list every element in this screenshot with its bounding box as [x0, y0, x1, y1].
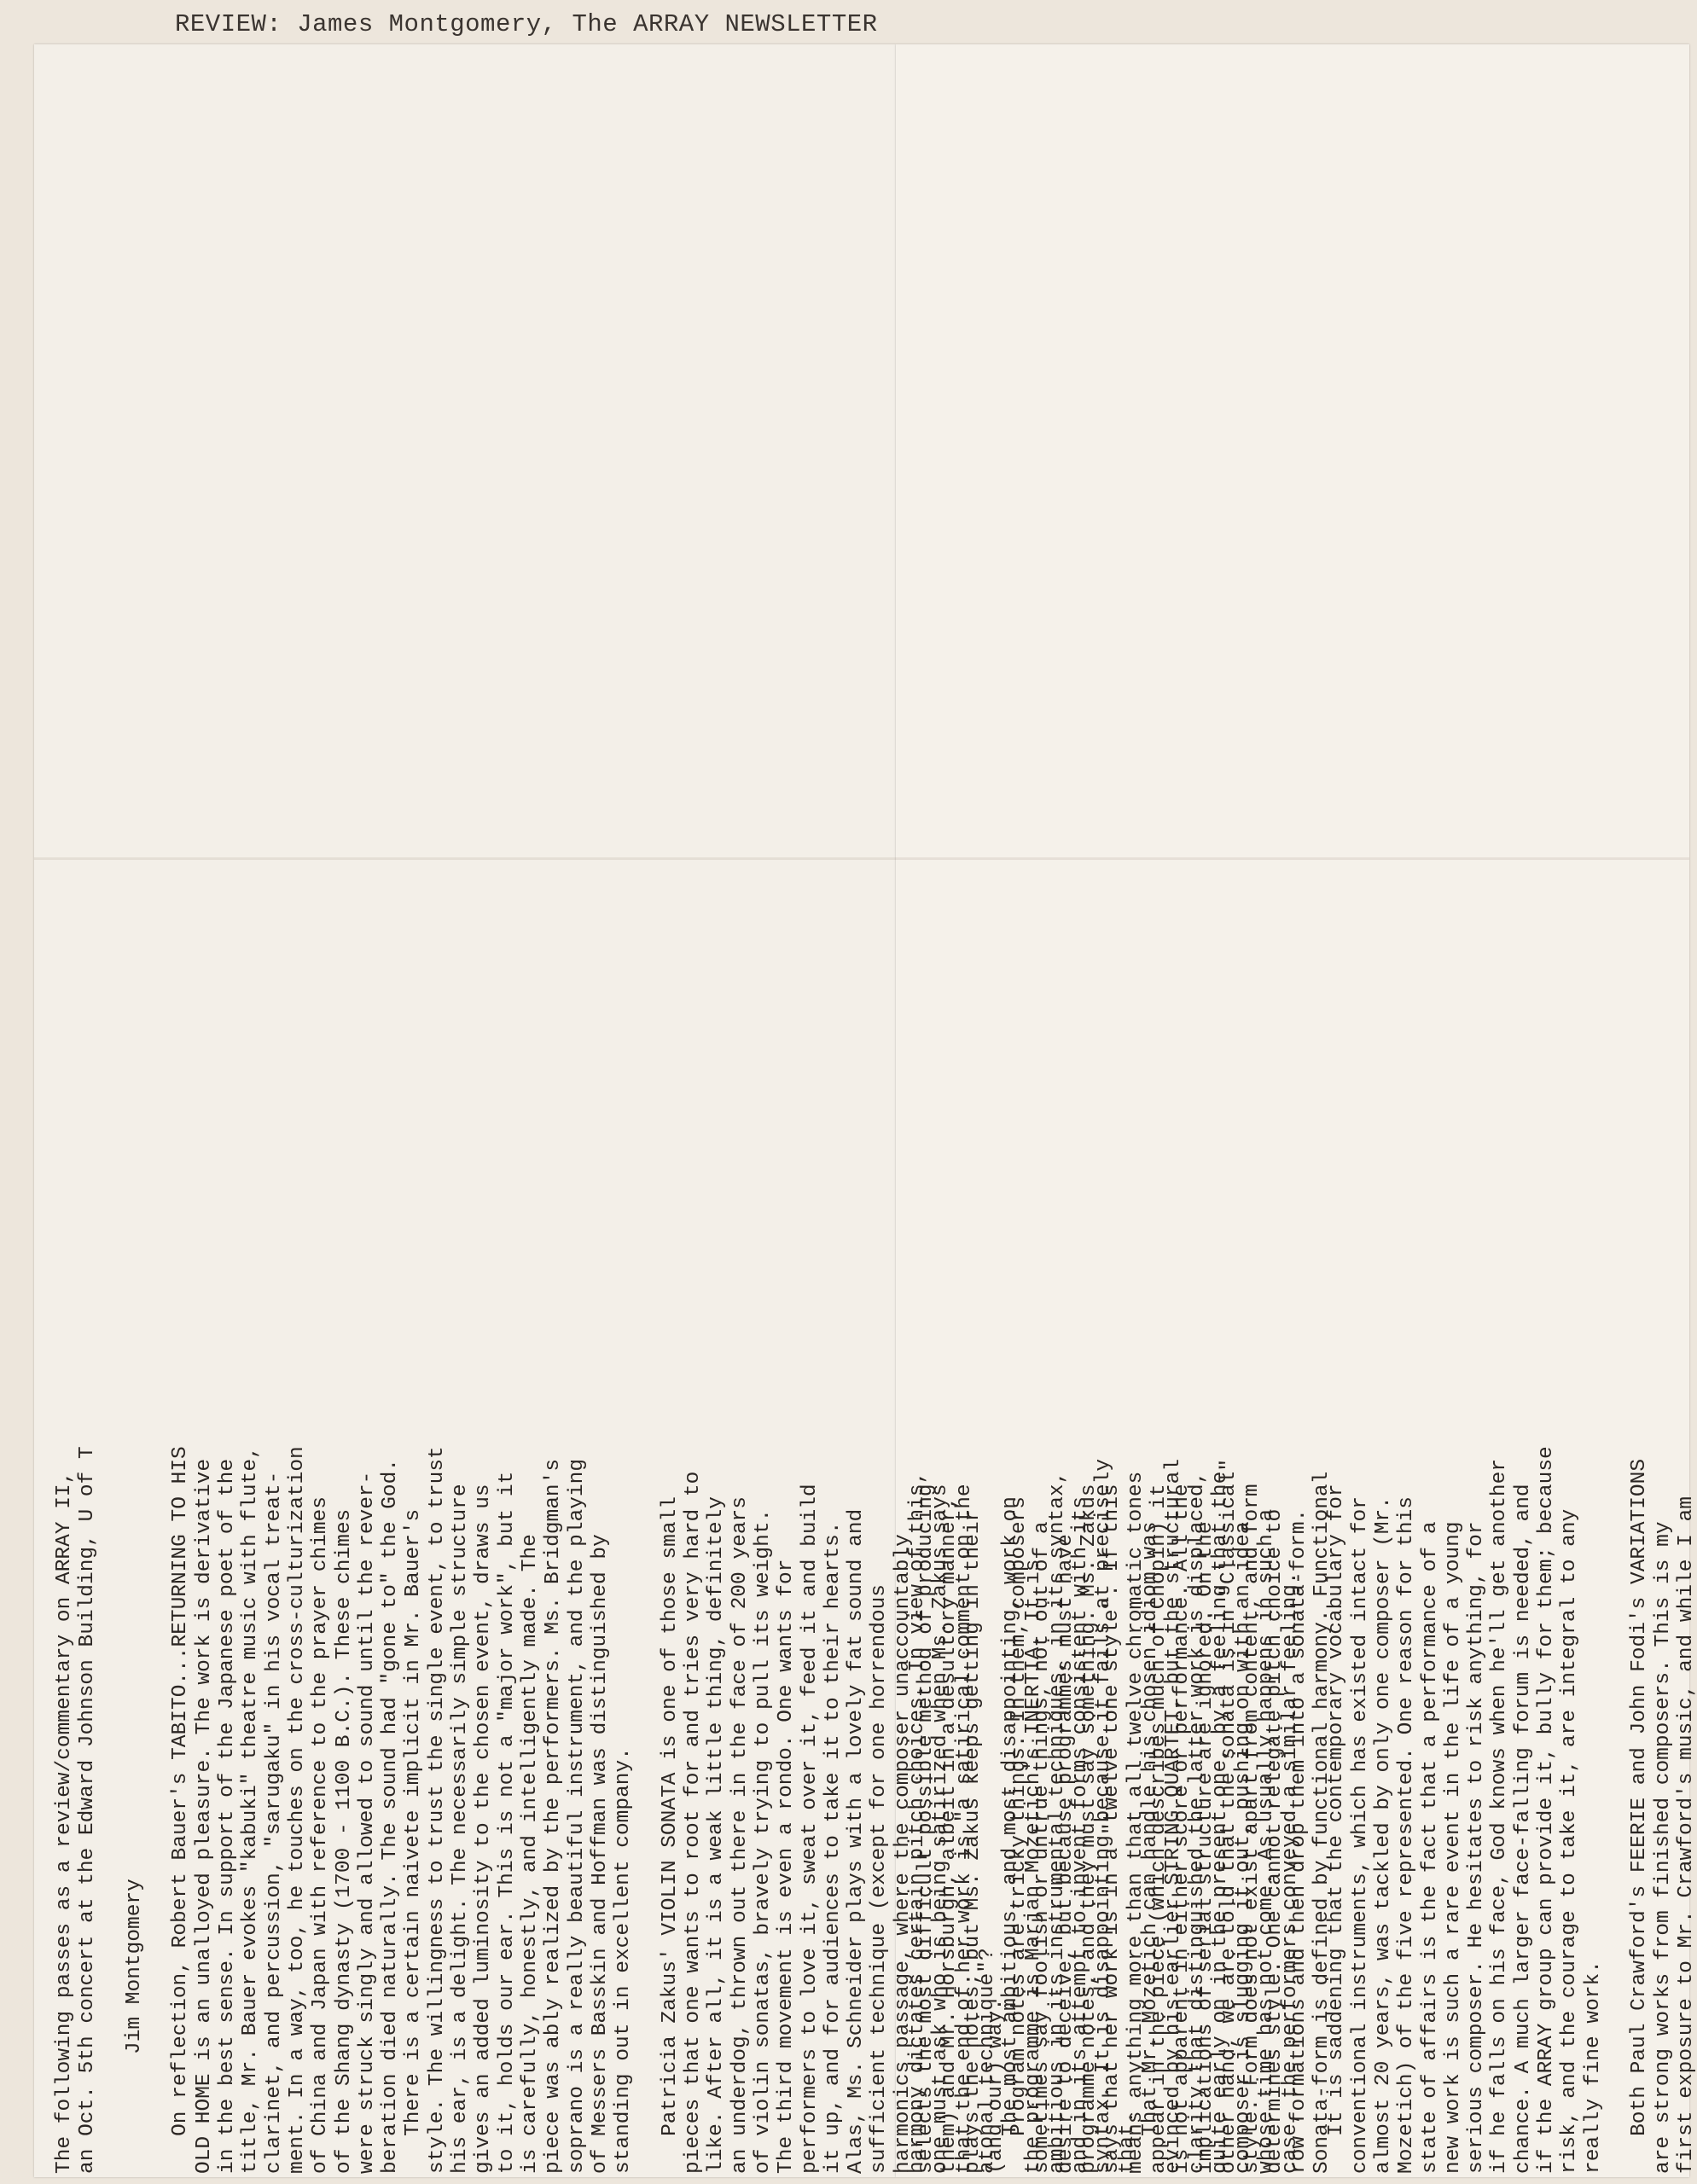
review-text-right: harmony dictates certain pitch choices. … — [906, 1446, 1697, 2174]
text-line — [100, 1446, 123, 2174]
right-column-text: harmony dictates certain pitch choices. … — [906, 1446, 1697, 2174]
text-line: sufficient technique (except for one hor… — [868, 1446, 891, 2174]
text-line: that. — [1116, 1446, 1139, 2174]
text-line: conventional instruments, which has exis… — [1349, 1446, 1372, 2174]
text-line: an underdog, thrown out there in the fac… — [729, 1446, 752, 2174]
text-line: The following passes as a review/comment… — [53, 1446, 76, 2174]
text-line: Alas, Ms. Schneider plays with a lovely … — [845, 1446, 868, 2174]
text-line: title, Mr. Bauer evokes "kabuki" theatre… — [239, 1446, 262, 2174]
text-line: clarinet, and percussion, "sarugaku" in … — [263, 1446, 286, 2174]
text-line: the programme is Marjan Mozetich's INERT… — [1022, 1446, 1045, 2174]
text-line: new work is such a rare event in the lif… — [1442, 1446, 1465, 2174]
text-line: gives an added luminosity to the chosen … — [472, 1446, 495, 2174]
text-line: soprano is a really beautiful instrument… — [566, 1446, 589, 2174]
text-line — [1302, 1446, 1325, 2174]
text-line: were struck singly and allowed to sound … — [356, 1446, 379, 2174]
text-line: composer is slugging it out, pushing on … — [1232, 1446, 1255, 2174]
text-line: harmony dictates certain pitch choices. … — [906, 1446, 929, 2174]
text-line — [146, 1446, 169, 2174]
text-line: The third movement is even a rondo. One … — [775, 1446, 798, 2174]
paper-fold — [34, 857, 1689, 860]
text-line: quite early on in the present one, by a … — [1209, 1446, 1232, 2174]
text-line: like. After all, it is a weak little thi… — [705, 1446, 728, 2174]
text-line: of violin sonatas, bravely trying to pul… — [752, 1446, 775, 2174]
text-line: That Mr. Mozetich can handle his chosen … — [1139, 1446, 1162, 2174]
text-line: ment. In a way, too, he touches on the c… — [286, 1446, 309, 2174]
text-line: chance. A much larger face-falling forum… — [1512, 1446, 1535, 2174]
text-line: first exposure to Mr. Crawford's music, … — [1675, 1446, 1697, 2174]
text-line: to it, holds our ear. This is not a "maj… — [496, 1446, 519, 2174]
text-line: Both Paul Crawford's FEERIE and John Fod… — [1628, 1446, 1651, 2174]
text-line: atonal technique"? — [976, 1446, 999, 2174]
text-line: of the Shang dynasty (1700 - 1100 B.C.).… — [333, 1446, 356, 2174]
text-line: if he falls on his face, God knows when … — [1488, 1446, 1511, 2174]
text-line: his ear, is a delight. The necessarily s… — [449, 1446, 472, 2174]
text-line: almost 20 years, was tackled by only one… — [1372, 1446, 1395, 2174]
text-line: syntax. It is disappointing because it f… — [1092, 1446, 1115, 2174]
text-line: it up, and for audiences to take it to t… — [822, 1446, 845, 2174]
text-line: There is a certain naivete implicit in M… — [402, 1446, 425, 2174]
text-line: standing out in excellent company. — [612, 1446, 635, 2174]
text-line: It is saddening that the contemporary vo… — [1325, 1446, 1348, 2174]
text-line: style. The willingness to trust the sing… — [426, 1446, 449, 2174]
text-line — [1605, 1446, 1628, 2174]
text-line: Patricia Zakus' VIOLIN SONATA is one of … — [659, 1446, 682, 2174]
text-line: state of affairs is the fact that a perf… — [1419, 1446, 1442, 2174]
text-line: clarity that distinguished the latter wo… — [1186, 1446, 1209, 2174]
text-line: an Oct. 5th concert at the Edward Johnso… — [76, 1446, 99, 2174]
text-line: ambitious in its instrumental techniques… — [1046, 1446, 1069, 2174]
text-line: performers to love it, sweat over it, fe… — [799, 1446, 822, 2174]
text-line: On reflection, Robert Bauer's TABITO...R… — [169, 1446, 192, 2174]
text-line: Mozetich) of the five represented. One r… — [1395, 1446, 1418, 2174]
text-line: in the best sense. In support of the Jap… — [216, 1446, 239, 2174]
text-line: one must ask who is being satirized when… — [929, 1446, 952, 2174]
text-line: case, the performers conveyed a similar … — [1279, 1446, 1302, 2174]
text-line: that the end of her work is "a satirical… — [953, 1446, 976, 2174]
text-line: piece was ably realized by the performer… — [542, 1446, 565, 2174]
text-line — [635, 1446, 658, 2174]
text-line: OLD HOME is an unalloyed pleasure. The w… — [193, 1446, 216, 2174]
text-line: Jim Montgomery — [123, 1446, 146, 2174]
document-header: REVIEW: James Montgomery, The ARRAY NEWS… — [175, 10, 878, 38]
text-line: pieces that one wants to root for and tr… — [682, 1446, 705, 2174]
text-line: beration died naturally. The sound had "… — [379, 1446, 402, 2174]
text-line: of China and Japan with reference to the… — [309, 1446, 332, 2174]
text-line: of Messers Basskin and Hoffman was disti… — [589, 1446, 612, 2174]
text-line: really fine work. — [1582, 1446, 1605, 2174]
text-line: whose time has not come. As usually happ… — [1255, 1446, 1278, 2174]
text-line: is carefully, honestly, and intelligentl… — [519, 1446, 542, 2174]
text-line: are strong works from finished composers… — [1652, 1446, 1675, 2174]
text-line: evinced by his earlier STRING QUARTET, b… — [1162, 1446, 1185, 2174]
text-line: if the ARRAY group can provide it, bully… — [1535, 1446, 1558, 2174]
text-line: risk, and the courage to take it, are in… — [1558, 1446, 1581, 2174]
text-line: The most ambitious, and most disappointi… — [999, 1446, 1022, 2174]
text-line: serious composer. He hesitates to risk a… — [1465, 1446, 1488, 2174]
text-line: and in its attempt to invent forms consi… — [1069, 1446, 1092, 2174]
